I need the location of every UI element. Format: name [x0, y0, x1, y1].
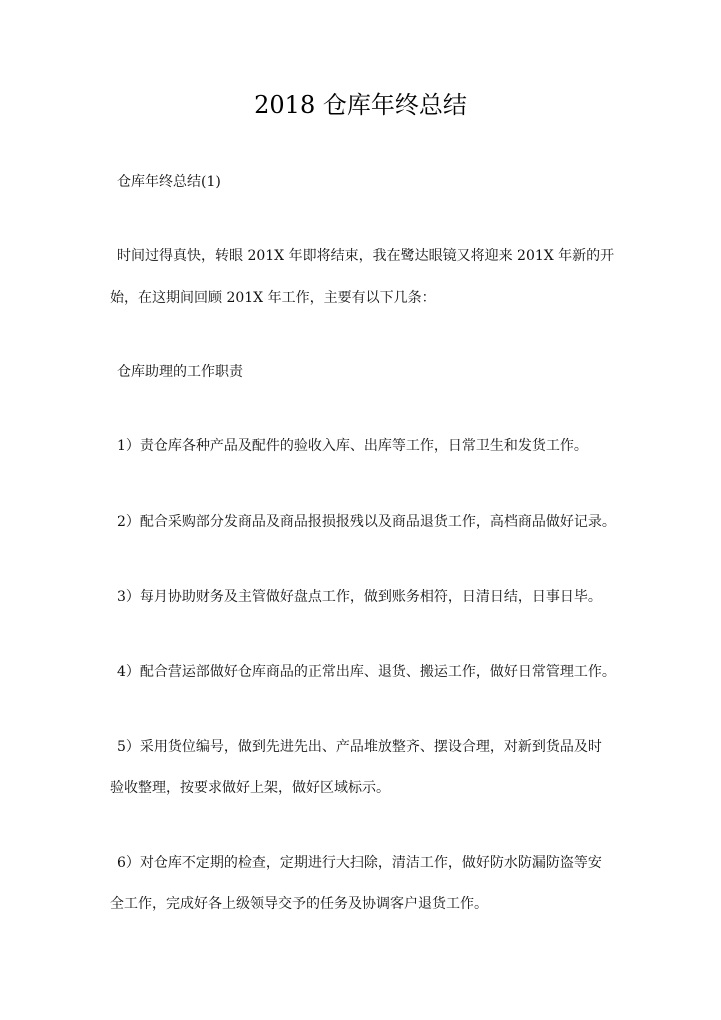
intro-paragraph-line-2: 始，在这期间回顾 201X 年工作，主要有以下几条： — [110, 288, 436, 308]
list-item-6-line-1: 6）对仓库不定期的检查，定期进行大扫除，清洁工作，做好防水防漏防盗等安 — [117, 853, 602, 873]
list-item-6-line-2: 全工作，完成好各上级领导交予的任务及协调客户退货工作。 — [110, 894, 488, 914]
list-item-4: 4）配合营运部做好仓库商品的正常出库、退货、搬运工作，做好日常管理工作。 — [117, 662, 616, 682]
document-subtitle: 仓库年终总结(1) — [117, 172, 221, 192]
list-item-5-line-2: 验收整理，按要求做好上架，做好区域标示。 — [110, 778, 390, 798]
document-title: 2018 仓库年终总结 — [0, 88, 721, 122]
document-page: 2018 仓库年终总结 仓库年终总结(1) 时间过得真快，转眼 201X 年即将… — [0, 0, 721, 1020]
section-heading: 仓库助理的工作职责 — [117, 362, 243, 382]
intro-paragraph-line-1: 时间过得真快，转眼 201X 年即将结束，我在鹭达眼镜又将迎来 201X 年新的… — [117, 246, 614, 266]
list-item-2: 2）配合采购部分发商品及商品报损报残以及商品退货工作，高档商品做好记录。 — [117, 512, 616, 532]
list-item-1: 1）责仓库各种产品及配件的验收入库、出库等工作，日常卫生和发货工作。 — [117, 436, 588, 456]
list-item-3: 3）每月协助财务及主管做好盘点工作，做到账务相符，日清日结，日事日毕。 — [117, 587, 602, 607]
list-item-5-line-1: 5）采用货位编号，做到先进先出、产品堆放整齐、摆设合理，对新到货品及时 — [117, 737, 602, 757]
